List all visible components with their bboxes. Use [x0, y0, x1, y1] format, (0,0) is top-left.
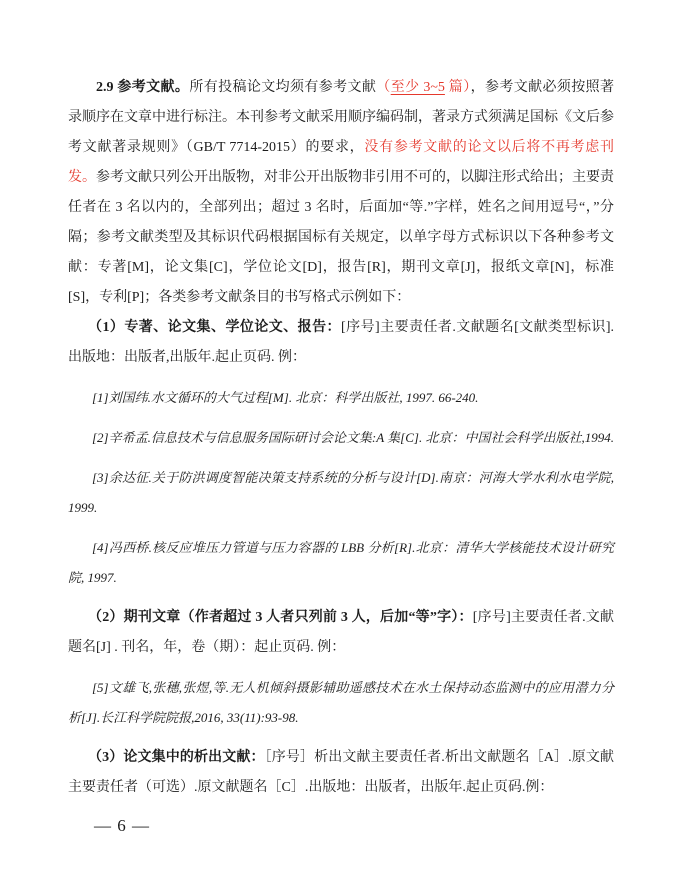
reference-example-3: [3]余达征.关于防洪调度智能决策支持系统的分析与设计[D].南京：河海大学水利… [68, 463, 614, 523]
format-2-heading: （2）期刊文章（作者超过 3 人者只列前 3 人，后加“等”字）： [88, 610, 473, 625]
reference-example-4: [4]冯西桥.核反应堆压力管道与压力容器的 LBB 分析[R].北京：清华大学核… [68, 533, 614, 593]
red-note-min-refs: 至少 3~5 [391, 80, 445, 95]
red-note-paren-close: 篇） [445, 80, 471, 95]
paragraph-intro: 2.9 参考文献。所有投稿论文均须有参考文献（至少 3~5 篇），参考文献必须按… [68, 73, 614, 313]
paragraph-format-3: （3）论文集中的析出文献：［序号］析出文献主要责任者.析出文献题名［A］.原文献… [68, 743, 614, 803]
paragraph-format-1: （1）专著、论文集、学位论文、报告：[序号]主要责任者.文献题名[文献类型标识]… [68, 313, 614, 373]
format-1-heading: （1）专著、论文集、学位论文、报告： [88, 320, 341, 335]
reference-example-1: [1]刘国纬.水文循环的大气过程[M]. 北京：科学出版社, 1997. 66-… [68, 383, 614, 413]
red-note-paren-open: （ [376, 80, 390, 95]
reference-example-2: [2]辛希孟.信息技术与信息服务国际研讨会论文集:A 集[C]. 北京：中国社会… [68, 423, 614, 453]
page-number: — 6 — [68, 811, 614, 841]
intro-text-3: 参考文献只列公开出版物，对非公开出版物非引用不可的，以脚注形式给出；主要责任者在… [68, 170, 614, 305]
paragraph-format-2: （2）期刊文章（作者超过 3 人者只列前 3 人，后加“等”字）：[序号]主要责… [68, 603, 614, 663]
format-3-heading: （3）论文集中的析出文献： [88, 750, 265, 765]
document-page: 2.9 参考文献。所有投稿论文均须有参考文献（至少 3~5 篇），参考文献必须按… [0, 0, 680, 878]
intro-text-1: 所有投稿论文均须有参考文献 [189, 80, 376, 95]
reference-example-5: [5]文雄飞,张穗,张煜,等.无人机倾斜摄影辅助遥感技术在水土保持动态监测中的应… [68, 673, 614, 733]
section-heading-2-9: 2.9 参考文献。 [96, 80, 189, 95]
